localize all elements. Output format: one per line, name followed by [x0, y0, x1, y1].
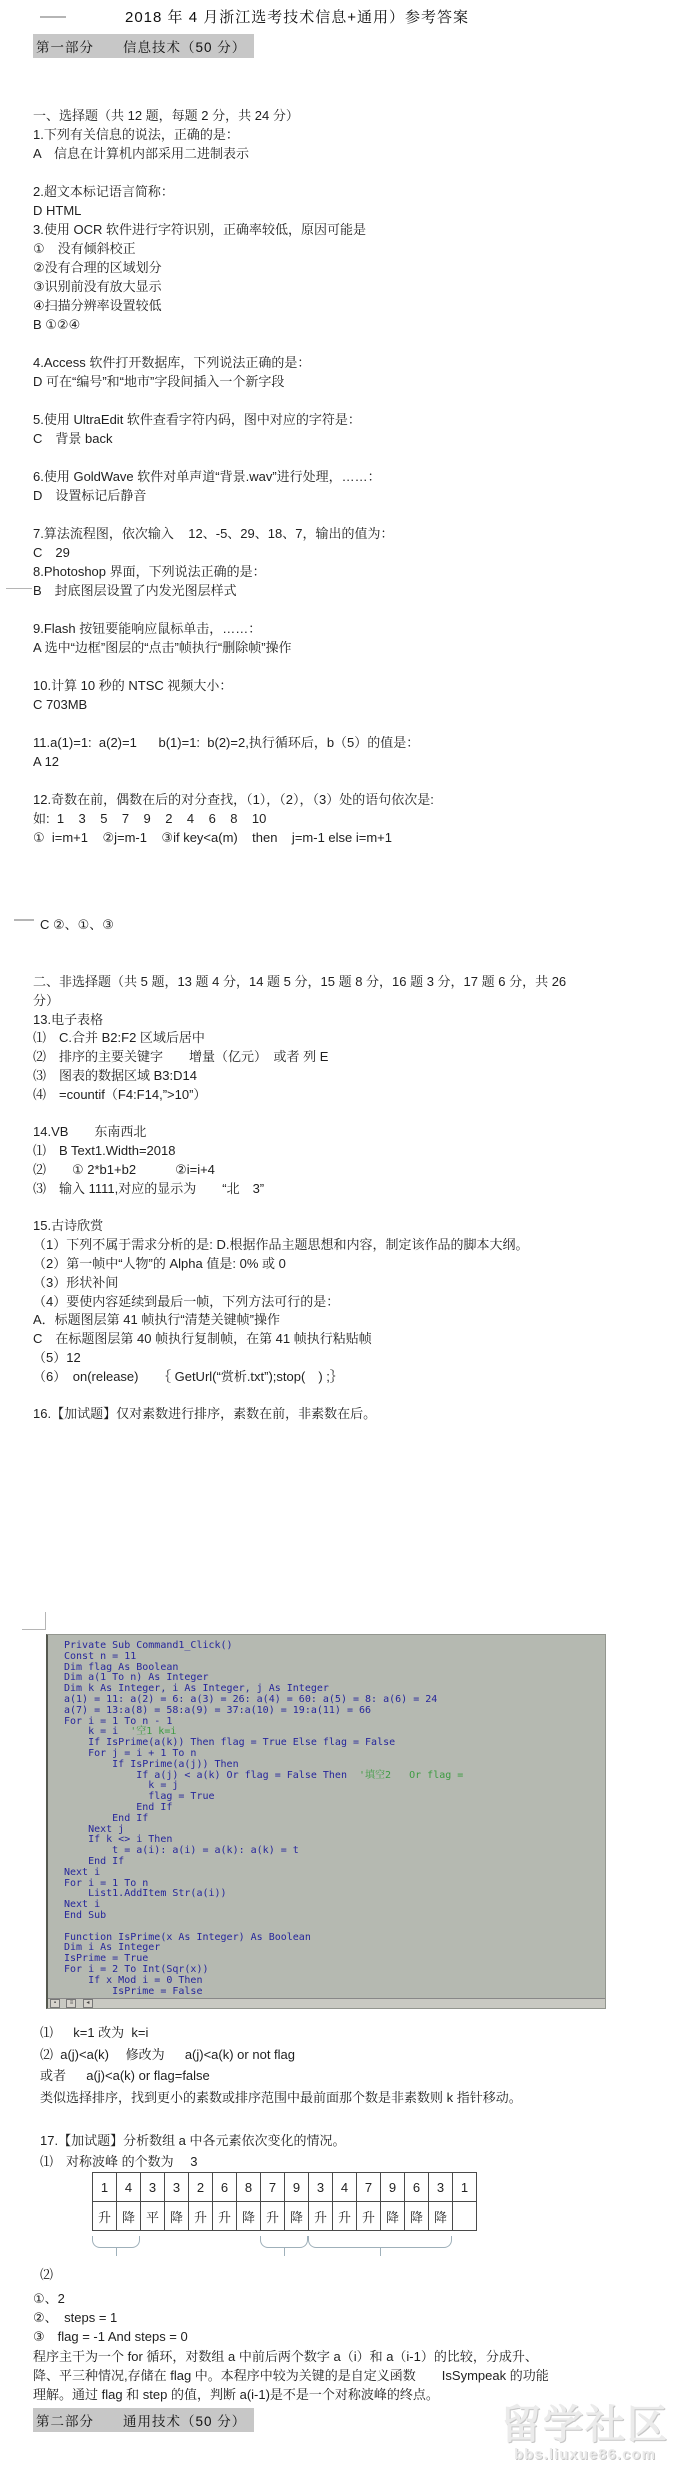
- trend-cell: 降: [117, 2202, 141, 2231]
- text-line: A 选中“边框”图层的“点击”帧执行“删除帧”操作: [33, 638, 434, 657]
- text-line: [33, 771, 434, 790]
- text-line: 二、非选择题（共 5 题，13 题 4 分，14 题 5 分，15 题 8 分，…: [33, 973, 566, 992]
- code-line: Private Sub Command1_Click(): [64, 1641, 601, 1652]
- text-line: （1）下列不属于需求分析的是: D.根据作品主题思想和内容，制定该作品的脚本大纲…: [33, 1236, 566, 1255]
- text-line: 6.使用 GoldWave 软件对单声道“背景.wav”进行处理，……：: [33, 467, 434, 486]
- trend-cell: 降: [237, 2202, 261, 2231]
- text-line: ③识别前没有放大显示: [33, 277, 434, 296]
- section2-header: 第二部分 通用技术（50 分）: [33, 2408, 254, 2432]
- value-cell: 3: [165, 2173, 189, 2202]
- watermark-logo-text: 留学社区: [497, 2403, 673, 2447]
- text-line: ⑵ 排序的主要关键字 增量（亿元） 或者 列 E: [33, 1048, 566, 1067]
- text-line: C 在标题图层第 40 帧执行复制帧，在第 41 帧执行粘贴帧: [33, 1330, 566, 1349]
- text-line: [33, 163, 434, 182]
- text-line: [33, 505, 434, 524]
- vb-code-screenshot: Private Sub Command1_Click()Const n = 11…: [46, 1634, 606, 2009]
- section2-header-label: 第二部分 通用技术（50 分）: [33, 2408, 254, 2432]
- text-line: 8.Photoshop 界面，下列说法正确的是：: [33, 562, 434, 581]
- vb-code-lines: Private Sub Command1_Click()Const n = 11…: [48, 1635, 605, 1997]
- value-cell: 3: [141, 2173, 165, 2202]
- text-line: 12.奇数在前，偶数在后的对分查找，（1），（2），（3）处的语句依次是:: [33, 790, 434, 809]
- text-line: 3.使用 OCR 软件进行字符识别，正确率较低，原因可能是: [33, 220, 434, 239]
- trend-cell: 升: [333, 2202, 357, 2231]
- value-cell: 2: [189, 2173, 213, 2202]
- page-corner-mark: [22, 1629, 46, 1630]
- site-watermark: 留学社区 bbs.liuxue86.com: [497, 2403, 673, 2463]
- text-line: [33, 657, 434, 676]
- value-row: 1433268793479631: [93, 2173, 477, 2202]
- value-cell: 4: [333, 2173, 357, 2202]
- text-line: [40, 2108, 522, 2130]
- page-break-mark: [14, 919, 34, 921]
- text-line: ②、 steps = 1: [33, 2308, 549, 2327]
- text-line: （6） on(release) ｛ GetUrl(“赏析.txt”);stop(…: [33, 1368, 566, 1387]
- scanned-answer-document: { "title": "2018 年 4 月浙江选考技术信息+通用）参考答案",…: [0, 0, 675, 2483]
- page-break-mark: [6, 588, 32, 589]
- value-cell: 9: [285, 2173, 309, 2202]
- text-line: ⑴ C.合并 B2:F2 区域后居中: [33, 1029, 566, 1048]
- trend-cell: [453, 2202, 477, 2231]
- trend-cell: 降: [285, 2202, 309, 2231]
- text-line: ⑴ B Text1.Width=2018: [33, 1142, 566, 1161]
- scrollbar-grip-icon: ▪: [50, 1999, 60, 2008]
- text-line: C 29: [33, 543, 434, 562]
- text-line: ⑷ =countif（F4:F14,”>10”）: [33, 1086, 566, 1105]
- trend-cell: 升: [93, 2202, 117, 2231]
- code-line: IsPrime = False: [64, 1987, 601, 1998]
- text-line: D 设置标记后静音: [33, 486, 434, 505]
- text-line: 4.Access 软件打开数据库，下列说法正确的是：: [33, 353, 434, 372]
- text-line: ⑶ 图表的数据区域 B3:D14: [33, 1067, 566, 1086]
- trend-cell: 升: [309, 2202, 333, 2231]
- text-line: [33, 1105, 566, 1124]
- text-line: [33, 448, 434, 467]
- text-line: A 12: [33, 752, 434, 771]
- text-line: 9.Flash 按钮要能响应鼠标单击，……：: [33, 619, 434, 638]
- choice-answers-block: 一、选择题（共 12 题，每题 2 分，共 24 分）1.下列有关信息的说法，正…: [33, 106, 434, 847]
- text-line: 一、选择题（共 12 题，每题 2 分，共 24 分）: [33, 106, 434, 125]
- value-cell: 3: [429, 2173, 453, 2202]
- code-comment: '空1 k=i: [130, 1726, 176, 1737]
- text-line: D 可在“编号”和“地市”字段间插入一个新字段: [33, 372, 434, 391]
- value-cell: 6: [213, 2173, 237, 2202]
- trend-cell: 平: [141, 2202, 165, 2231]
- value-cell: 7: [357, 2173, 381, 2202]
- trend-cell: 升: [357, 2202, 381, 2231]
- trend-cell: 升: [213, 2202, 237, 2231]
- text-line: [33, 714, 434, 733]
- text-line: 16.【加试题】仅对素数进行排序，素数在前，非素数在后。: [33, 1405, 566, 1424]
- page-corner-mark: [45, 1612, 46, 1630]
- page-title: 2018 年 4 月浙江选考技术信息+通用）参考答案: [0, 6, 594, 27]
- text-line: ① 没有倾斜校正: [33, 239, 434, 258]
- text-line: 降、平三种情况,存储在 flag 中。本程序中较为关键的是自定义函数 IsSym…: [33, 2366, 549, 2385]
- text-line: （3）形状补间: [33, 1274, 566, 1293]
- text-line: 10.计算 10 秒的 NTSC 视频大小：: [33, 676, 434, 695]
- text-line: 17.【加试题】分析数组 a 中各元素依次变化的情况。: [40, 2130, 522, 2152]
- text-line: 程序主干为一个 for 循环，对数组 a 中前后两个数字 a（i）和 a（i-1…: [33, 2347, 549, 2366]
- value-cell: 1: [453, 2173, 477, 2202]
- section1-header: 第一部分 信息技术（50 分）: [33, 34, 254, 58]
- trend-row: 升降平降升升降升降升升升降降降: [93, 2202, 477, 2231]
- text-line: 1.下列有关信息的说法，正确的是：: [33, 125, 434, 144]
- code-line: End If: [64, 1814, 601, 1825]
- text-line: 如: 1 3 5 7 9 2 4 6 8 10: [33, 809, 434, 828]
- text-line: ④扫描分辨率设置较低: [33, 296, 434, 315]
- value-cell: 1: [93, 2173, 117, 2202]
- nonchoice-answers-block: 二、非选择题（共 5 题，13 题 4 分，14 题 5 分，15 题 8 分，…: [33, 973, 566, 1424]
- value-cell: 9: [381, 2173, 405, 2202]
- text-line: [33, 391, 434, 410]
- q17-sequence-table: 1433268793479631升降平降升升降升降升升升降降降: [92, 2172, 477, 2231]
- text-line: [33, 1199, 566, 1218]
- text-line: ⑴ 对称波峰 的个数为 3: [40, 2151, 522, 2173]
- text-line: [33, 334, 434, 353]
- text-line: 分）: [33, 992, 566, 1011]
- text-line: [33, 1387, 566, 1406]
- scrollbar-lines-icon: ≡: [66, 1999, 76, 2008]
- text-line: 11.a(1)=1: a(2)=1 b(1)=1: b(2)=2,执行循环后，b…: [33, 733, 434, 752]
- text-line: ①、2: [33, 2289, 549, 2308]
- value-cell: 8: [237, 2173, 261, 2202]
- q16-notes-block: ⑴ k=1 改为 k=i⑵ a(j)<a(k) 修改为 a(j)<a(k) or…: [40, 2022, 522, 2173]
- trend-cell: 降: [165, 2202, 189, 2231]
- text-line: 类似选择排序，找到更小的素数或排序范围中最前面那个数是非素数则 k 指针移动。: [40, 2087, 522, 2109]
- q17-part2-label: ⑵: [40, 2264, 53, 2283]
- section1-header-label: 第一部分 信息技术（50 分）: [33, 34, 254, 58]
- value-cell: 4: [117, 2173, 141, 2202]
- code-scrollbar: ▪ ≡ ◂: [48, 1998, 605, 2008]
- text-line: [33, 600, 434, 619]
- group-brace: [308, 2236, 452, 2248]
- code-line: Next i: [64, 1900, 601, 1911]
- watermark-url-text: bbs.liuxue86.com: [497, 2447, 673, 2463]
- text-line: 14.VB 东南西北: [33, 1123, 566, 1142]
- text-line: ⑴ k=1 改为 k=i: [40, 2022, 522, 2044]
- group-brace: [260, 2236, 308, 2248]
- text-line: （2）第一帧中“人物”的 Alpha 值是: 0% 或 0: [33, 1255, 566, 1274]
- text-line: ⑵ a(j)<a(k) 修改为 a(j)<a(k) or not flag: [40, 2044, 522, 2066]
- code-line: End Sub: [64, 1911, 601, 1922]
- q17-peak-braces: [92, 2233, 476, 2263]
- scrollbar-left-arrow-icon: ◂: [83, 1999, 93, 2008]
- text-line: C 背景 back: [33, 429, 434, 448]
- text-line: （5）12: [33, 1349, 566, 1368]
- text-line: ②没有合理的区域划分: [33, 258, 434, 277]
- text-line: 理解。通过 flag 和 step 的值，判断 a(i-1)是不是一个对称波峰的…: [33, 2385, 549, 2404]
- group-brace: [92, 2236, 140, 2248]
- text-line: D HTML: [33, 201, 434, 220]
- text-line: C 703MB: [33, 695, 434, 714]
- text-line: B 封底图层设置了内发光图层样式: [33, 581, 434, 600]
- text-line: 7.算法流程图，依次输入 12、-5、29、18、7，输出的值为：: [33, 524, 434, 543]
- text-line: 13.电子表格: [33, 1011, 566, 1030]
- text-line: A．标题图层第 41 帧执行“清楚关键帧”操作: [33, 1311, 566, 1330]
- q12-answer: C ②、①、③: [40, 914, 114, 933]
- q17-conclusion-block: ①、2②、 steps = 1③ flag = -1 And steps = 0…: [33, 2289, 549, 2404]
- value-cell: 3: [309, 2173, 333, 2202]
- text-line: ③ flag = -1 And steps = 0: [33, 2327, 549, 2346]
- trend-cell: 升: [261, 2202, 285, 2231]
- code-comment: '填空2 Or flag =: [359, 1770, 463, 1781]
- text-line: 5.使用 UltraEdit 软件查看字符内码，图中对应的字符是：: [33, 410, 434, 429]
- code-line: List1.AddItem Str(a(i)): [64, 1889, 601, 1900]
- trend-cell: 降: [405, 2202, 429, 2231]
- trend-cell: 降: [429, 2202, 453, 2231]
- code-line: t = a(i): a(i) = a(k): a(k) = t: [64, 1846, 601, 1857]
- text-line: ⑶ 输入 1111,对应的显示为 “北 3”: [33, 1180, 566, 1199]
- text-line: 15.古诗欣赏: [33, 1217, 566, 1236]
- code-line: End If: [64, 1857, 601, 1868]
- trend-cell: 降: [381, 2202, 405, 2231]
- text-line: （4）要使内容延续到最后一帧，下列方法可行的是：: [33, 1293, 566, 1312]
- trend-cell: 升: [189, 2202, 213, 2231]
- value-cell: 6: [405, 2173, 429, 2202]
- text-line: ⑵ ① 2*b1+b2 ②i=i+4: [33, 1161, 566, 1180]
- value-cell: 7: [261, 2173, 285, 2202]
- text-line: ① i=m+1 ②j=m-1 ③if key<a(m) then j=m-1 e…: [33, 828, 434, 847]
- text-line: A 信息在计算机内部采用二进制表示: [33, 144, 434, 163]
- text-line: B ①②④: [33, 315, 434, 334]
- text-line: 或者 a(j)<a(k) or flag=false: [40, 2065, 522, 2087]
- text-line: 2.超文本标记语言简称：: [33, 182, 434, 201]
